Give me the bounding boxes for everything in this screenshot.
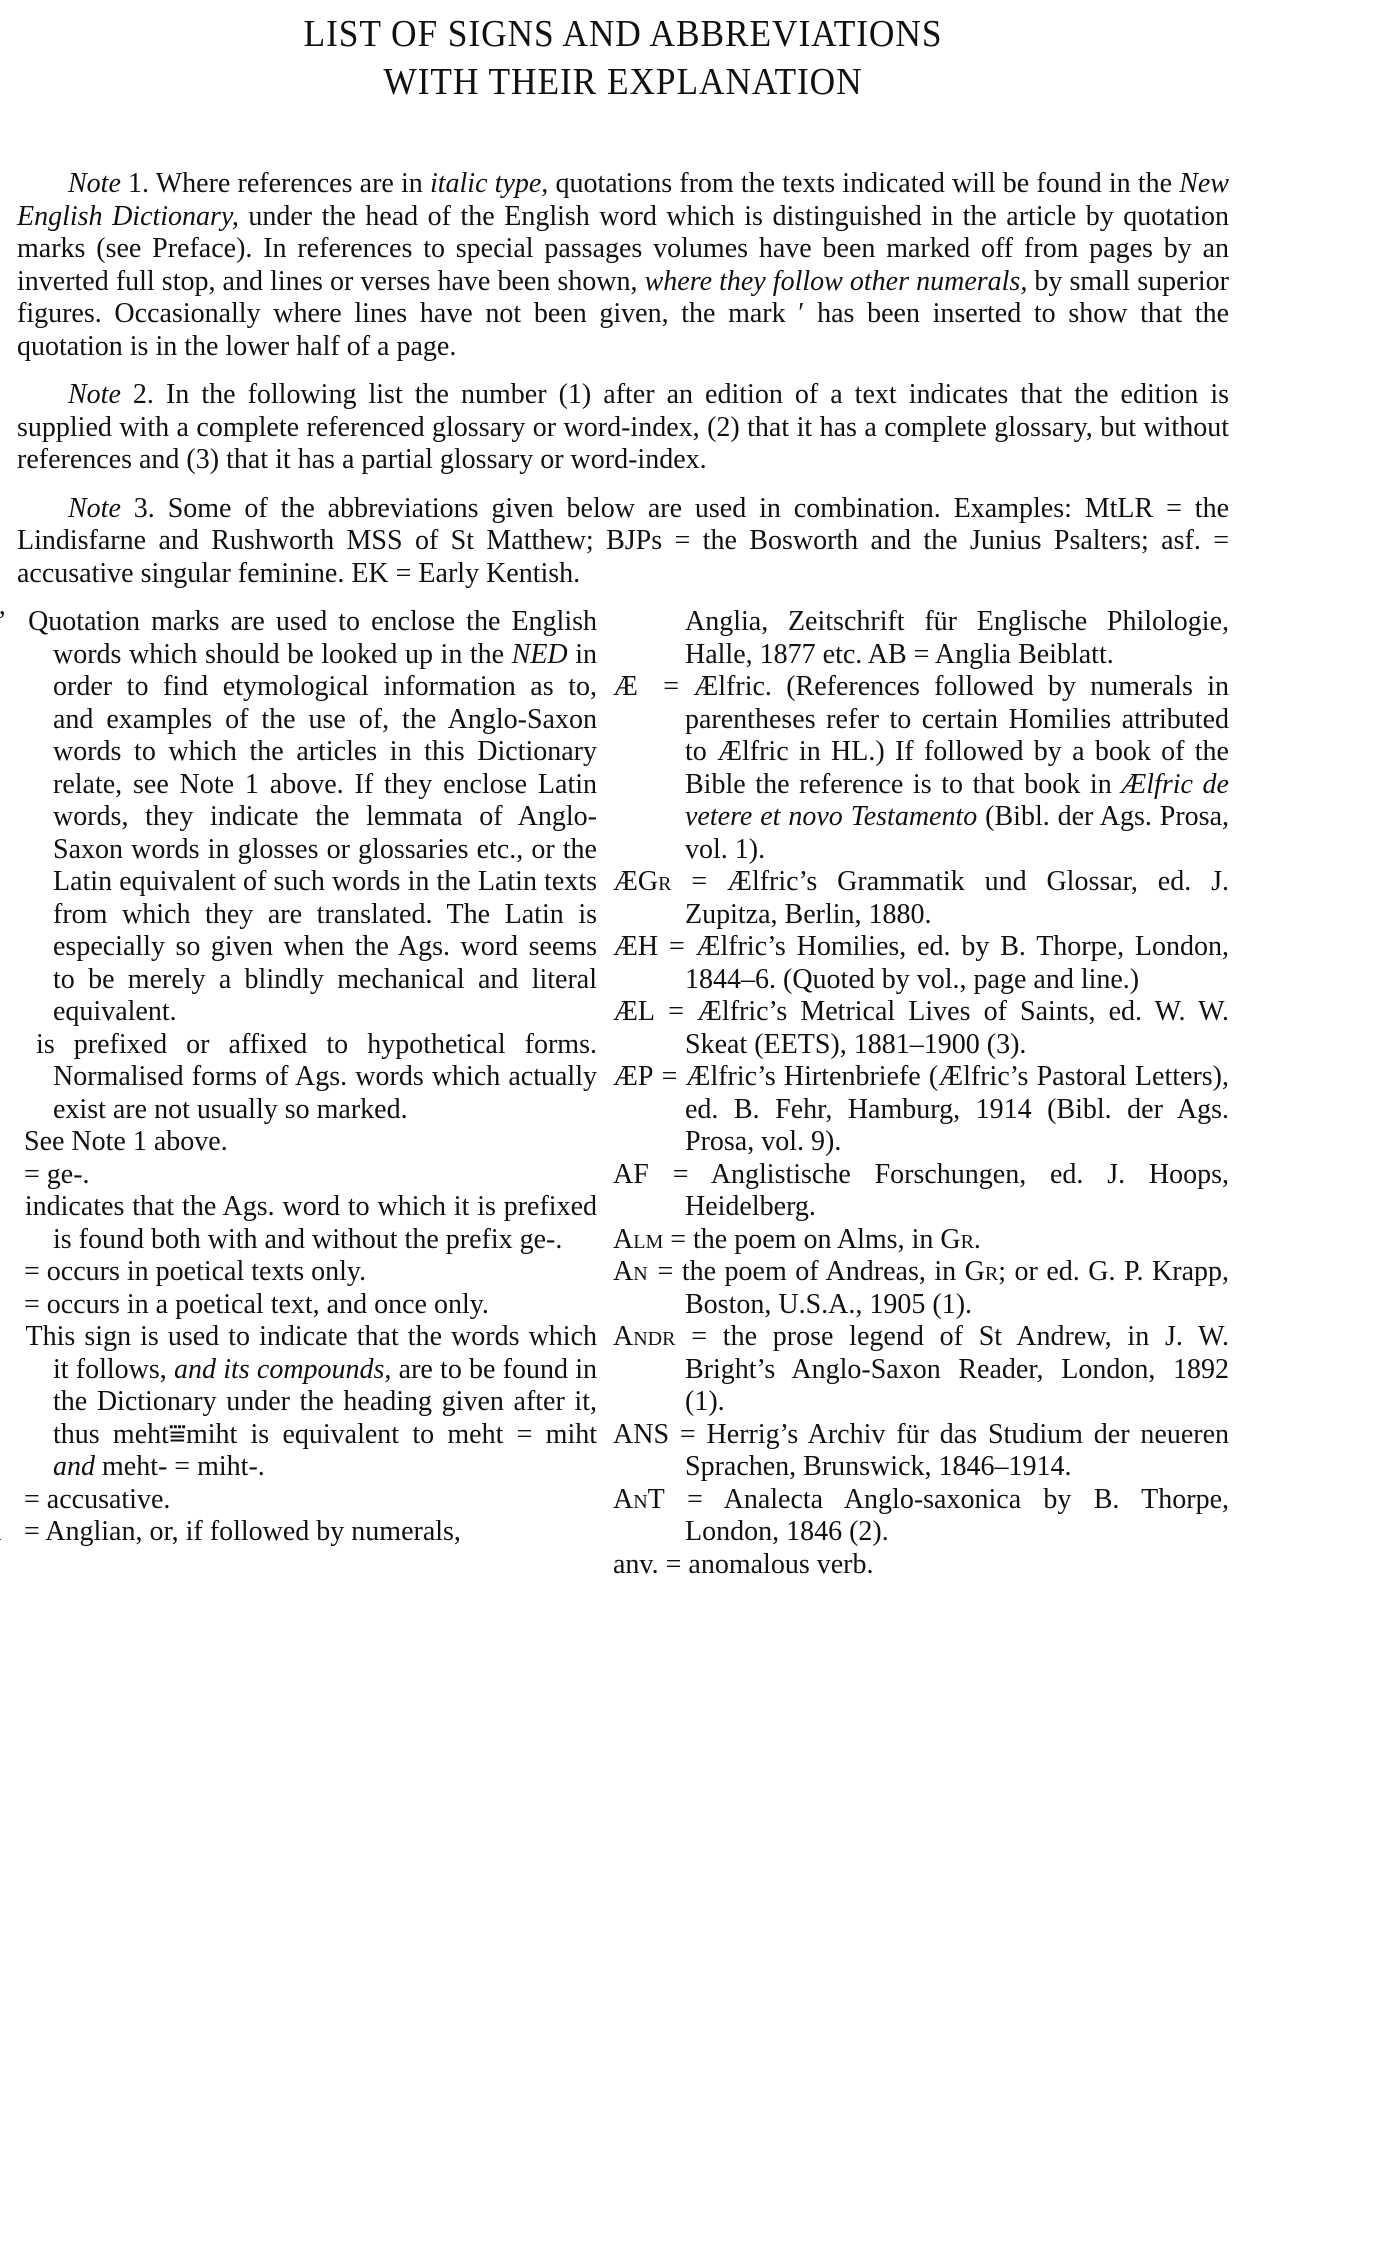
- note-label: Note: [68, 493, 121, 524]
- abbreviation-entry: ANS = Herrig’s Archiv für das Studium de…: [649, 1419, 1229, 1484]
- text-segment: See Note 1 above.: [17, 1126, 228, 1157]
- text-segment: = the poem of Andreas, in: [649, 1256, 965, 1287]
- text-segment: Some of the abbreviations given below ar…: [17, 493, 1229, 589]
- text-segment: = occurs in poetical texts only.: [17, 1256, 366, 1287]
- note-number: 2.: [121, 379, 154, 410]
- text-segment: indicates that the Ags. word to which it…: [17, 1191, 597, 1255]
- note-label: Note: [68, 379, 121, 410]
- note-number: 1.: [121, 168, 149, 199]
- text-segment: is prefixed or affixed to hypothetical f…: [17, 1029, 597, 1125]
- abbreviation-entry: ‡ = occurs in a poetical text, and once …: [17, 1289, 597, 1322]
- page-title: LIST OF SIGNS AND ABBREVIATIONS WITH THE…: [59, 10, 1186, 106]
- note-2: Note 2. In the following list the number…: [17, 379, 1229, 477]
- text-segment: Quotation marks are used to enclose the …: [17, 606, 597, 670]
- abbreviation-entry: † = occurs in poetical texts only.: [17, 1256, 597, 1289]
- entry-sign: ÆGr: [649, 866, 671, 899]
- abbreviation-entry: * is prefixed or affixed to hypothetical…: [17, 1029, 597, 1127]
- abbreviation-entry: ′ See Note 1 above.: [17, 1126, 597, 1159]
- note-3: Note 3. Some of the abbreviations given …: [17, 493, 1229, 591]
- text-segment: = anomalous verb.: [659, 1549, 874, 1580]
- text-segment: meht- = miht-.: [95, 1451, 265, 1482]
- text-segment: = Ælfric’s Hirtenbriefe (Ælfric’s Pastor…: [653, 1061, 1229, 1157]
- abbreviation-entry: A = Anglian, or, if followed by numerals…: [17, 1516, 597, 1549]
- abbreviation-entry: Andr = the prose legend of St Andrew, in…: [649, 1321, 1229, 1419]
- text-segment: = Ælfric’s Homilies, ed. by B. Thorpe, L…: [658, 931, 1229, 995]
- right-column: Anglia, Zeitschrift für Englische Philol…: [649, 606, 1229, 1581]
- italic-text: italic type,: [430, 168, 548, 199]
- text-segment: = Herrig’s Archiv für das Studium der ne…: [669, 1419, 1229, 1483]
- text-segment: in order to find etymological informatio…: [53, 639, 597, 1028]
- abbreviation-entry: a. = accusative.: [17, 1484, 597, 1517]
- abbreviation-entry: ⩸ This sign is used to indicate that the…: [17, 1321, 597, 1484]
- text-segment: .: [974, 1224, 981, 1255]
- text-segment: Anglia, Zeitschrift für Englische Philol…: [685, 606, 1229, 670]
- note-label: Note: [68, 168, 121, 199]
- abbreviation-entry: AnT = Analecta Anglo-saxonica by B. Thor…: [649, 1484, 1229, 1549]
- abbreviation-entry: Anglia, Zeitschrift für Englische Philol…: [649, 606, 1229, 671]
- text-segment: = Ælfric’s Grammatik und Glossar, ed. J.…: [671, 866, 1229, 930]
- title-line-1: LIST OF SIGNS AND ABBREVIATIONS: [59, 10, 1186, 58]
- italic-text: and: [53, 1451, 95, 1482]
- text-segment: = Analecta Anglo-saxonica by B. Thorpe, …: [665, 1484, 1229, 1548]
- left-column: ‘ ’ Quotation marks are used to enclose …: [17, 606, 597, 1581]
- text-segment: In the following list the number (1) aft…: [17, 379, 1229, 475]
- abbreviation-entry: AF = Anglistische Forschungen, ed. J. Ho…: [649, 1159, 1229, 1224]
- note-number: 3.: [121, 493, 155, 524]
- text-segment: = the poem on Alms, in: [663, 1224, 940, 1255]
- entry-sign: Alm: [649, 1224, 663, 1257]
- italic-text: NED: [512, 639, 568, 670]
- abbreviation-entry: ÆH = Ælfric’s Homilies, ed. by B. Thorpe…: [649, 931, 1229, 996]
- notes-section: Note 1. Where references are in italic t…: [17, 168, 1229, 590]
- entry-sign: ÆH: [649, 931, 658, 964]
- text-segment: = accusative.: [17, 1484, 170, 1515]
- abbreviation-entry: ± indicates that the Ags. word to which …: [17, 1191, 597, 1256]
- abbreviation-entry: An = the poem of Andreas, in Gr; or ed. …: [649, 1256, 1229, 1321]
- abbreviation-entry: Alm = the poem on Alms, in Gr.: [649, 1224, 1229, 1257]
- text-segment: Where references are in: [149, 168, 430, 199]
- abbreviation-entry: ÆP = Ælfric’s Hirtenbriefe (Ælfric’s Pas…: [649, 1061, 1229, 1159]
- text-segment: = occurs in a poetical text, and once on…: [17, 1289, 489, 1320]
- abbreviation-entry: ‘ ’ Quotation marks are used to enclose …: [17, 606, 597, 1029]
- title-line-2: WITH THEIR EXPLANATION: [59, 58, 1186, 106]
- text-segment: quotations from the texts indicated will…: [548, 168, 1179, 199]
- abbreviation-entry: Æ = Ælfric. (References followed by nume…: [649, 671, 1229, 866]
- abbreviation-entry: ÆL = Ælfric’s Metrical Lives of Saints, …: [649, 996, 1229, 1061]
- italic-text: where they follow other numerals,: [645, 266, 1028, 297]
- text-segment: = Anglistische Forschungen, ed. J. Hoops…: [649, 1159, 1229, 1223]
- text-segment: = Anglian, or, if followed by numerals,: [17, 1516, 461, 1547]
- text-segment: = ge-.: [17, 1159, 90, 1190]
- abbreviation-entry: + = ge-.: [17, 1159, 597, 1192]
- abbreviation-entry: anv. = anomalous verb.: [649, 1549, 1229, 1582]
- dictionary-page: LIST OF SIGNS AND ABBREVIATIONS WITH THE…: [17, 0, 1229, 1581]
- entry-sign: AnT: [649, 1484, 665, 1517]
- note-1: Note 1. Where references are in italic t…: [17, 168, 1229, 363]
- abbreviation-entry: ÆGr = Ælfric’s Grammatik und Glossar, ed…: [649, 866, 1229, 931]
- text-segment: = the prose legend of St Andrew, in J. W…: [675, 1321, 1229, 1417]
- text-segment: Gr: [940, 1224, 974, 1255]
- italic-text: and its compounds,: [174, 1354, 391, 1385]
- entry-sign: anv.: [649, 1549, 659, 1582]
- text-segment: Gr: [965, 1256, 999, 1287]
- abbreviation-list: ‘ ’ Quotation marks are used to enclose …: [17, 606, 1229, 1581]
- entry-sign: Andr: [649, 1321, 675, 1354]
- entry-sign: ANS: [649, 1419, 669, 1452]
- text-segment: = Ælfric’s Metrical Lives of Saints, ed.…: [655, 996, 1229, 1060]
